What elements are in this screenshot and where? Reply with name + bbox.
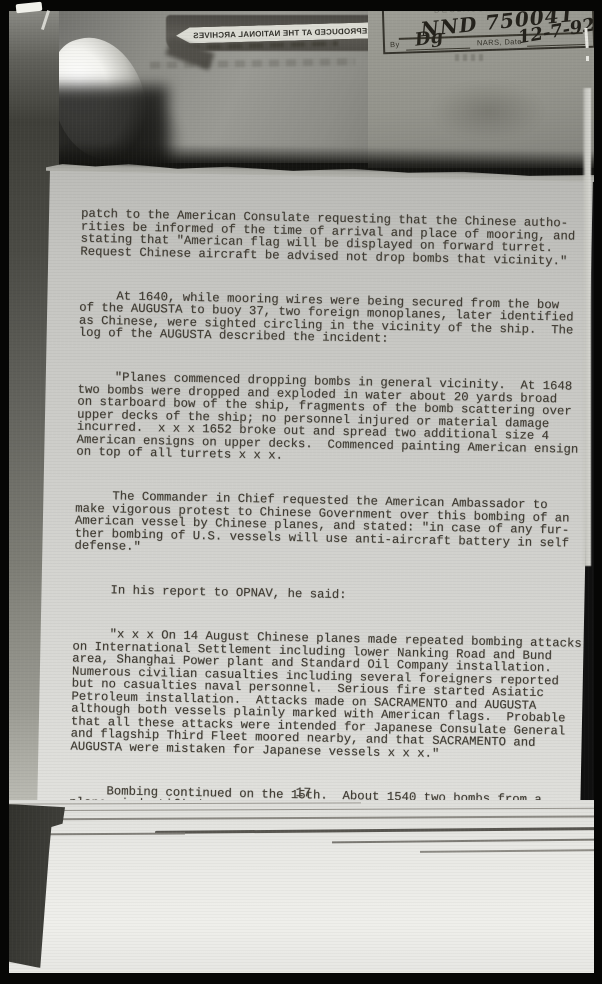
nars-date-label: NARS, Date (477, 37, 522, 47)
page-number: 17 (295, 785, 311, 800)
faint-typed-marks (455, 54, 485, 61)
stack-edge-line (8, 808, 597, 812)
stack-edge-line (420, 849, 597, 852)
typed-paragraph: At 1640, while mooring wires were being … (79, 289, 590, 349)
photo-frame-bottom (0, 973, 602, 984)
edge-highlight-dot (586, 56, 589, 61)
by-signature-handwriting: Dg (414, 26, 445, 51)
typed-paragraph: "Planes commenced dropping bombs in gene… (76, 371, 588, 469)
page-stack-fore-edge (8, 800, 597, 976)
stack-edge-line (155, 827, 597, 834)
stack-edge-line (8, 815, 597, 820)
paper-smudge (432, 82, 544, 140)
document-page: patch to the American Consulate requesti… (37, 168, 593, 829)
typed-paragraph: patch to the American Consulate requesti… (80, 208, 591, 268)
by-label: By (390, 40, 400, 49)
stack-edge-line (8, 802, 361, 804)
photo-frame-top (0, 0, 602, 11)
page-right-edge-highlight (582, 88, 591, 566)
typed-paragraph: In his report to OPNAV, he said: (73, 584, 583, 607)
national-archives-stamp-text: REPRODUCED AT THE NATIONAL ARCHIVES (193, 26, 373, 40)
typed-paragraph: The Commander in Chief requested the Ame… (74, 490, 585, 563)
photo-frame-left (0, 0, 9, 984)
photo-frame-right (594, 0, 602, 984)
stack-edge-line (332, 839, 597, 844)
archival-photo-scan: REPRODUCED AT THE NATIONAL ARCHIVES DECL… (0, 0, 602, 984)
typed-paragraph: "x x x On 14 August Chinese planes made … (70, 628, 582, 763)
